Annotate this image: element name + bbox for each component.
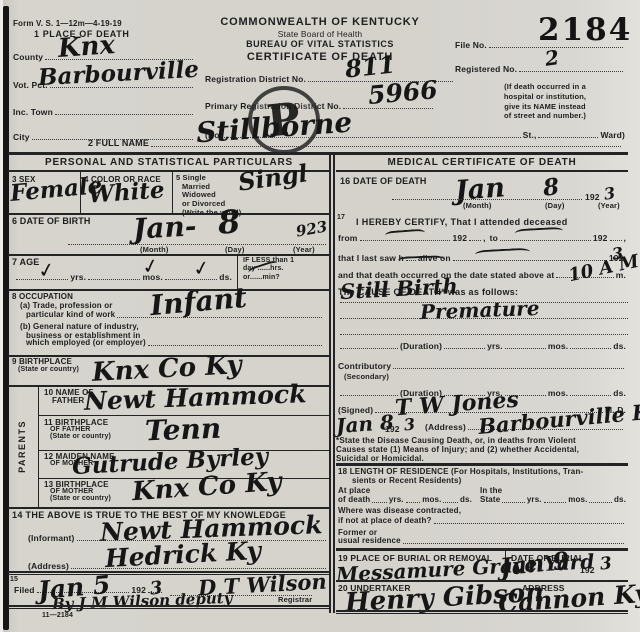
title-board: State Board of Health [200, 29, 440, 39]
certify-to-192: 192 [593, 233, 608, 243]
birthplace-sublabel: (State or country) [18, 366, 79, 374]
certify-to-year-line [610, 238, 622, 241]
mother-birthplace-label-line3: (State or country) [50, 495, 111, 503]
at-place-units-row: of death yrs. mos. ds. [338, 488, 472, 505]
certify-from-year-line [469, 238, 481, 241]
filed-bottom-rule-2 [8, 608, 330, 609]
dob-day-sublabel: (Day) [225, 245, 245, 254]
signed-192: 192 [385, 424, 400, 434]
duration1-mos: mos. [548, 341, 568, 351]
dod-year-sublabel: (Year) [598, 201, 620, 210]
marital-value: Singl [237, 161, 309, 194]
res-mos2: mos. [568, 495, 587, 505]
certify-from-label: from [338, 233, 358, 243]
column-divider-outer [329, 152, 331, 613]
of-death-label: of death [338, 495, 370, 505]
duration2-mos: mos. [548, 388, 568, 398]
duration2-lead [340, 393, 398, 396]
sex-color-divider [80, 172, 81, 213]
title-commonwealth: COMMONWEALTH OF KENTUCKY [200, 16, 440, 29]
title-bureau: BUREAU OF VITAL STATISTICS [200, 39, 440, 50]
parents-vertical-label-cell: PARENTS [8, 385, 38, 507]
father-birthplace-value: Tenn [145, 415, 222, 446]
occupation-b-line [148, 343, 322, 346]
color-marital-divider [172, 172, 173, 213]
res-yrs2: yrs. [527, 495, 542, 505]
dob-year-sublabel: (Year) [293, 245, 315, 254]
res-mos1: mos. [422, 495, 441, 505]
res-ds-line2 [589, 500, 612, 503]
last-saw-label: that I last saw h [338, 253, 404, 263]
secondary-label: (Secondary) [344, 372, 389, 381]
hospital-note-line3: give its NAME instead [460, 102, 630, 112]
scan-edge-black-bar [3, 6, 9, 630]
res-yrs-line2 [502, 500, 525, 503]
undertaker-bottom-rule-2 [336, 613, 628, 614]
inc-town-row: Inc. Town [13, 107, 195, 117]
dob-line [68, 242, 326, 245]
signed-year-value: 3 [403, 416, 416, 433]
duration-row-1: (Duration) yrs. mos. ds. [338, 341, 626, 351]
age-yrs-label: yrs. [70, 272, 86, 282]
dob-year-value: 923 [295, 219, 328, 239]
where-contracted-line1: Where was disease contracted, [338, 506, 461, 516]
dod-month-sublabel: (Month) [463, 201, 492, 210]
contributory-row: Contributory [338, 361, 626, 371]
hospital-note-line2: hospital or institution, [460, 92, 630, 102]
registered-no-row: Registered No. [455, 64, 625, 74]
date-of-death-line [392, 197, 582, 200]
parents-vertical-label: PARENTS [17, 420, 28, 473]
certify-section-number: 17 [337, 214, 345, 222]
usual-residence-row: usual residence [338, 536, 626, 546]
age-mos-checkmark: ✓ [140, 253, 161, 280]
certify-from-192: 192 [452, 233, 467, 243]
inc-town-line [55, 112, 193, 115]
occupation-a-line2: particular kind of work [26, 310, 115, 320]
table-top-rule [8, 152, 628, 155]
footnote-bottom-rule [336, 463, 628, 466]
registered-no-blank [519, 69, 623, 72]
residence-header-line2: sients or Recent Residents) [352, 476, 461, 486]
title-certificate: CERTIFICATE OF DEATH [200, 51, 440, 64]
certify-line: I HEREBY CERTIFY, That I attended deceas… [356, 217, 568, 228]
res-yrs-line1 [372, 500, 387, 503]
dob-label: 6 DATE OF BIRTH [12, 216, 91, 227]
occupation-value: Infant [149, 284, 248, 320]
footer-form-code: 11—2184 [42, 612, 73, 620]
hospital-note: (If death occurred in a hospital or inst… [460, 82, 630, 121]
duration1-ds: ds. [613, 341, 626, 351]
duration1-yrs-line [444, 346, 485, 349]
file-no-row: File No. [455, 40, 625, 50]
dob-day-value: 8 [217, 205, 241, 238]
certify-to-label: to [490, 233, 498, 243]
primary-district-value: 5966 [367, 77, 439, 108]
certify-comma-1: , [483, 233, 486, 243]
occupation-b-line3: which employed (or employer) [26, 338, 146, 348]
if-less-line3: or......min? [243, 274, 331, 282]
cause-line-2 [340, 316, 628, 319]
usual-residence-label: usual residence [338, 536, 401, 546]
full-name-row: 2 FULL NAME [88, 138, 623, 149]
full-name-label: 2 FULL NAME [88, 138, 149, 149]
res-ds-line1 [443, 500, 458, 503]
where-contracted-line [434, 521, 624, 524]
duration2-ds-line [570, 393, 611, 396]
in-state-units-row: State yrs. mos. ds. [480, 488, 626, 505]
hospital-note-line4: of street and number.) [460, 111, 630, 121]
certify-to-line [500, 238, 591, 241]
age-ds-label: ds. [219, 272, 232, 282]
filed-section-number: 15 [10, 576, 18, 584]
res-ds2: ds. [614, 495, 626, 505]
form-number: Form V. S. 1—12m—4-19-19 [13, 19, 122, 29]
informant-label: (Informant) [28, 533, 75, 543]
duration2-ds: ds. [613, 388, 626, 398]
occupation-b-row: which employed (or employer) [26, 338, 324, 348]
contributory-label: Contributory [338, 361, 391, 371]
county-label: County [13, 52, 43, 62]
death-certificate-scan: Form V. S. 1—12m—4-19-19 2184 COMMONWEAL… [0, 0, 640, 632]
hospital-note-line1: (If death occurred in a [460, 82, 630, 92]
dob-month-value: Jan- [132, 212, 197, 243]
registrar-label: Registrar [278, 595, 312, 604]
county-value: Knx [57, 32, 116, 62]
file-no-label: File No. [455, 40, 487, 50]
res-mos-line2 [544, 500, 567, 503]
where-contracted-row: if not at place of death? [338, 516, 626, 526]
burial-date-value: Jan 9 [499, 548, 571, 579]
dod-day-sublabel: (Day) [545, 201, 565, 210]
date-of-death-label: 16 DATE OF DEATH [340, 176, 427, 187]
res-ds1: ds. [460, 495, 472, 505]
burial-192: 192 [580, 565, 595, 575]
undertaker-bottom-rule-1 [336, 610, 628, 612]
color-value: White [87, 178, 165, 206]
cause-footnote-line2: Causes state (1) Means of Injury; and (2… [336, 445, 628, 454]
medical-title-rule [336, 170, 628, 172]
usual-residence-line [403, 541, 624, 544]
age-yrs-checkmark: ✓ [36, 257, 57, 284]
filed-bottom-rule-1 [8, 605, 330, 607]
duration1-lead [340, 346, 398, 349]
signed-address-label: (Address) [425, 422, 466, 432]
cause-footnote-line1: *State the Disease Causing Death, or, in… [336, 436, 628, 445]
duration1-mos-line [505, 346, 546, 349]
burial-year-value: 3 [599, 555, 613, 573]
last-saw-line [453, 258, 607, 261]
duration1-ds-line [570, 346, 611, 349]
certify-from-line [360, 238, 451, 241]
informant-address-value: Hedrick Ky [104, 538, 261, 571]
father-name-value: Newt Hammock [84, 381, 307, 414]
father-birthplace-label-line3: (State or country) [50, 433, 111, 441]
cause-footnote: *State the Disease Causing Death, or, in… [336, 436, 628, 464]
father-name-label-line2: FATHER [52, 396, 84, 406]
if-less-line1: IF LESS than 1 [243, 257, 331, 265]
state-label: State [480, 495, 500, 505]
age-ds-checkmark: ✓ [191, 255, 212, 282]
registration-district-label: Registration District No. [205, 74, 306, 84]
res-mos-line1 [406, 500, 421, 503]
birthplace-value: Knx Co Ky [91, 352, 242, 386]
cause-line-3 [340, 332, 628, 335]
city-label: City [13, 132, 30, 142]
filed-label: Filed [14, 585, 35, 595]
res-yrs1: yrs. [389, 495, 404, 505]
registered-no-value: 2 [544, 47, 561, 69]
duration1-yrs: yrs. [487, 341, 503, 351]
duration1-label: (Duration) [400, 341, 442, 351]
medical-section-title: MEDICAL CERTIFICATE OF DEATH [336, 157, 628, 169]
registered-no-label: Registered No. [455, 64, 517, 74]
parents-divider [38, 385, 39, 507]
cause-of-death-value-1: Still Birth [340, 275, 459, 302]
informant-address-label: (Address) [28, 561, 69, 571]
alive-handwritten-strike [398, 255, 444, 265]
parents-bottom-rule [8, 507, 330, 509]
where-contracted-line2: if not at place of death? [338, 516, 432, 526]
column-divider-inner [333, 152, 335, 613]
certify-comma-2: , [624, 233, 627, 243]
certify-from-to-row: from 192 , to 192 , [338, 233, 626, 243]
registration-district-value: 811 [344, 52, 396, 81]
age-mos-line [88, 277, 140, 280]
inc-town-label: Inc. Town [13, 107, 53, 117]
contributory-line [393, 366, 624, 369]
